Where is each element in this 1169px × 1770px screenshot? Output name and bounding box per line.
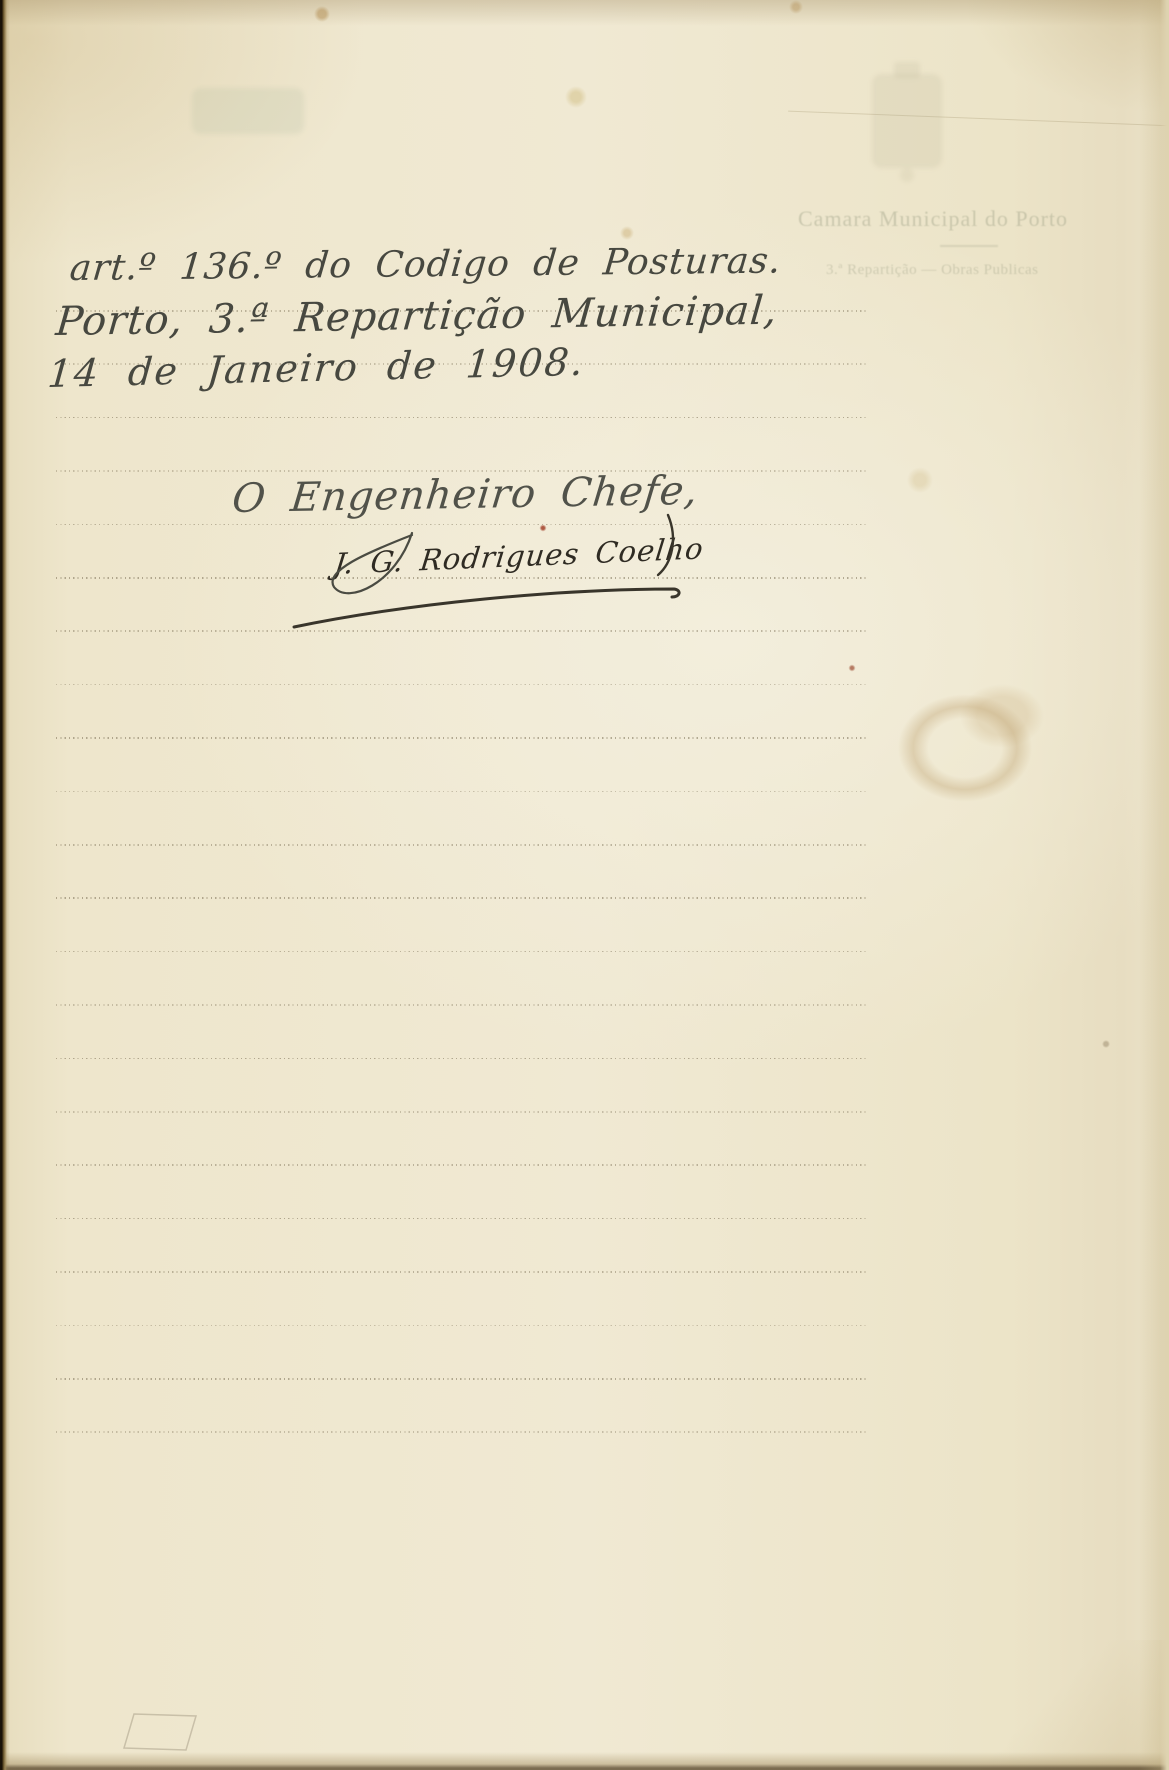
ruled-line xyxy=(56,1325,866,1327)
handwritten-line-date: 14 de Janeiro de 1908. xyxy=(46,340,587,396)
ruled-line xyxy=(56,1111,866,1113)
bleed-through-divider xyxy=(940,245,998,247)
ruled-line xyxy=(56,1271,866,1273)
scanned-page: Camara Municipal do Porto 3.ª Repartição… xyxy=(0,0,1169,1770)
bleed-through-crest xyxy=(872,74,942,168)
ruled-line xyxy=(56,897,866,899)
ruled-line xyxy=(56,1218,866,1220)
signature-flourish-underline xyxy=(270,505,720,640)
pencil-outline-mark xyxy=(116,1702,212,1758)
ruled-line xyxy=(56,737,866,739)
ruled-line xyxy=(56,417,866,419)
handwritten-line-article: art.º 136.º do Codigo de Posturas. xyxy=(68,241,783,289)
paper-fold-bottom-right xyxy=(949,1640,1169,1770)
bleed-through-letterhead-line1: Camara Municipal do Porto xyxy=(798,206,1068,232)
ruled-line xyxy=(56,1058,866,1060)
ruled-line xyxy=(56,1164,866,1166)
ruled-line xyxy=(56,951,866,953)
handwritten-line-place: Porto, 3.ª Repartição Municipal, xyxy=(54,288,780,345)
ruled-line xyxy=(56,1431,866,1433)
bleed-through-letterhead-line2: 3.ª Repartição — Obras Publicas xyxy=(826,262,1039,279)
ruled-line xyxy=(56,1004,866,1006)
paper-shading-top xyxy=(0,0,1169,26)
ruled-line xyxy=(56,1378,866,1380)
paper-edge-left xyxy=(0,0,10,1770)
ruled-line xyxy=(56,684,866,686)
ruled-line xyxy=(56,791,866,793)
paper-edge-right xyxy=(1139,0,1169,1770)
paper-scratch-line xyxy=(788,111,1169,127)
ruled-line xyxy=(56,844,866,846)
faint-stamp-mark xyxy=(192,88,304,134)
